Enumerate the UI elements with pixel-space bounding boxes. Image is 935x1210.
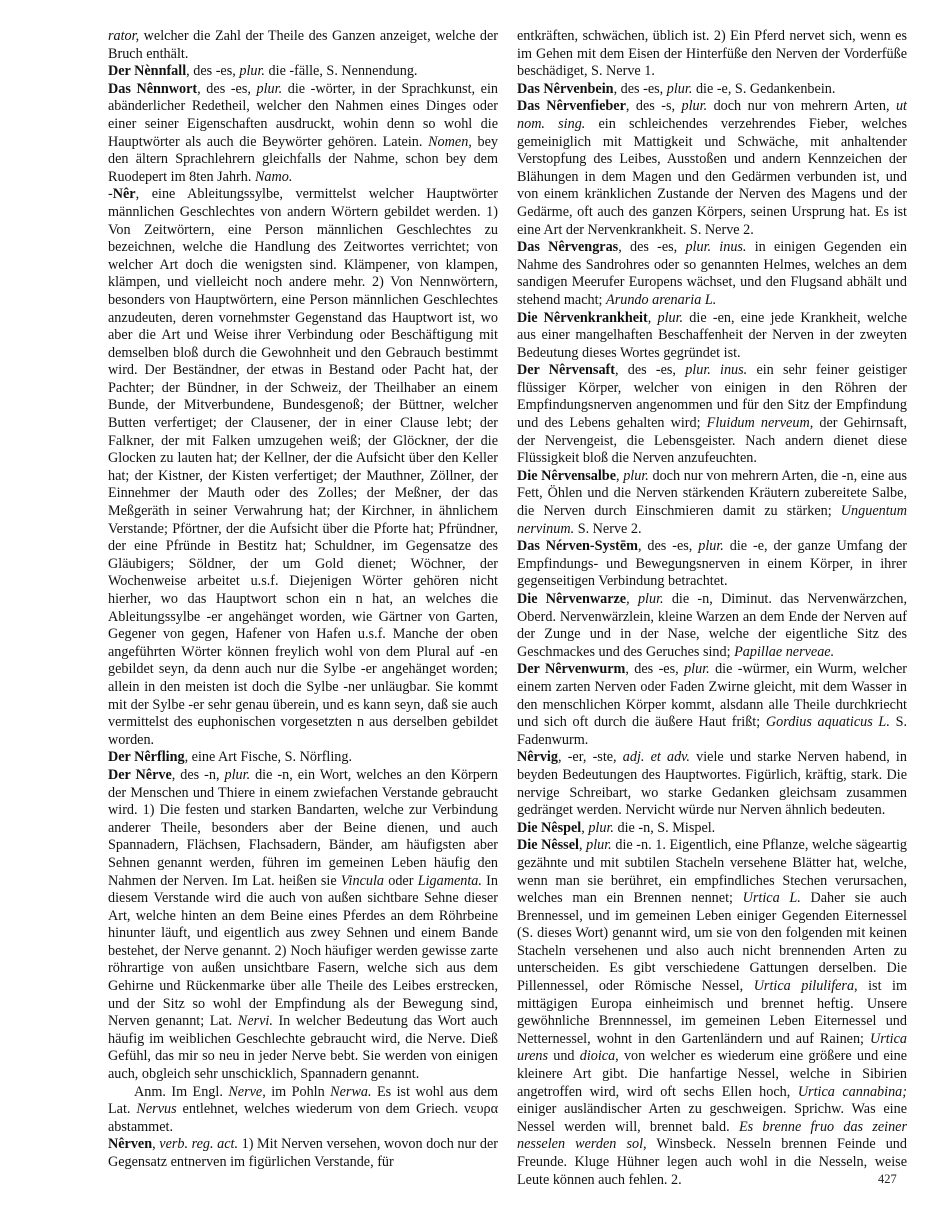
dictionary-entry: Das Nérven-Systēm, des -es, plur. die -e… (517, 538, 907, 591)
entry-text: ein schleichendes verzehrendes Fieber, w… (517, 116, 907, 238)
italic-term: plur. (657, 310, 683, 326)
entry-text: die -n, S. Mispel. (614, 820, 715, 836)
entry-text: , -er, -ste, (558, 749, 623, 765)
entry-text: doch nur von mehrern Arten, (707, 98, 896, 114)
italic-term: plur. (588, 820, 614, 836)
italic-term: Nerwa. (330, 1084, 371, 1100)
italic-term: plur. (623, 468, 649, 484)
italic-term: Nervus (136, 1101, 176, 1117)
headword: Nêr (113, 186, 136, 202)
italic-term: plur. inus. (685, 239, 746, 255)
entry-text: , eine Ableitungssylbe, vermittelst welc… (108, 186, 498, 747)
italic-term: plur. (682, 98, 708, 114)
headword: Nêrven (108, 1136, 152, 1152)
dictionary-entry: Das Nêrvenbein, des -es, plur. die -e, S… (517, 81, 907, 99)
headword: Der Nêrvensaft (517, 362, 615, 378)
entry-text: , des -es, (186, 63, 239, 79)
entry-text: die -e, S. Gedankenbein. (692, 81, 835, 97)
italic-term: Vincula (341, 873, 384, 889)
headword: Der Nêrvenwurm (517, 661, 625, 677)
dictionary-entry: Nêrven, verb. reg. act. 1) Mit Nerven ve… (108, 1136, 498, 1171)
headword: Der Nènnfall (108, 63, 186, 79)
headword: Das Nêrvenbein (517, 81, 614, 97)
italic-term: Urtica L. (743, 890, 801, 906)
headword: Die Nêssel (517, 837, 579, 853)
entry-text: die -n, ein Wort, welches an den Körpern… (108, 767, 498, 889)
headword: Die Nêspel (517, 820, 581, 836)
entry-text: , des -es, (197, 81, 256, 97)
entry-text: , eine Art Fische, S. Nörfling. (185, 749, 352, 765)
headword: Nêrvig (517, 749, 558, 765)
italic-term: Fluidum nerveum, (707, 415, 814, 431)
italic-term: verb. reg. act. (159, 1136, 238, 1152)
dictionary-entry: Das Nêrvenfieber, des -s, plur. doch nur… (517, 98, 907, 239)
italic-term: rator, (108, 28, 139, 44)
headword: Das Nênnwort (108, 81, 197, 97)
italic-term: plur. (257, 81, 283, 97)
entry-text: welcher die Zahl der Theile des Ganzen a… (108, 28, 498, 62)
entry-text: , des -es, (618, 239, 685, 255)
italic-term: plur. (638, 591, 664, 607)
italic-term: plur. (684, 661, 710, 677)
entry-text: im Pohln (266, 1084, 330, 1100)
headword: Der Nêrve (108, 767, 172, 783)
left-column: rator, welcher die Zahl der Theile des G… (108, 28, 498, 1172)
entry-text: und (548, 1048, 580, 1064)
dictionary-entry: Die Nêssel, plur. die -n. 1. Eigentlich,… (517, 837, 907, 1189)
italic-term: plur. (225, 767, 251, 783)
dictionary-entry: Die Nêrvenwarze, plur. die -n, Diminut. … (517, 591, 907, 661)
headword: Der Nêrfling (108, 749, 185, 765)
italic-term: plur. inus. (685, 362, 747, 378)
italic-term: Papillae nerveae. (734, 644, 834, 660)
dictionary-entry: -Nêr, eine Ableitungssylbe, vermittelst … (108, 186, 498, 749)
entry-text: , des -es, (625, 661, 684, 677)
headword: Das Nêrvenfieber (517, 98, 626, 114)
headword: Die Nêrvenwarze (517, 591, 626, 607)
italic-term: Urtica cannabina; (798, 1084, 907, 1100)
italic-term: dioica, (580, 1048, 619, 1064)
right-column: entkräften, schwächen, üblich ist. 2) Ei… (517, 28, 907, 1189)
dictionary-entry: entkräften, schwächen, üblich ist. 2) Ei… (517, 28, 907, 81)
entry-text: , (626, 591, 638, 607)
entry-text: , des -es, (615, 362, 685, 378)
italic-term: plur. (239, 63, 265, 79)
dictionary-entry: Das Nênnwort, des -es, plur. die -wörter… (108, 81, 498, 187)
dictionary-entry: Der Nêrvenwurm, des -es, plur. die -würm… (517, 661, 907, 749)
dictionary-entry: Die Nêrvensalbe, plur. doch nur von mehr… (517, 468, 907, 538)
headword: Die Nêrvensalbe (517, 468, 616, 484)
italic-term: Nervi. (238, 1013, 273, 1029)
entry-text: Anm. Im Engl. (134, 1084, 228, 1100)
italic-term: plur. (667, 81, 693, 97)
italic-term: Gordius aquaticus L. (766, 714, 890, 730)
entry-text: , des -es, (614, 81, 667, 97)
dictionary-entry: Der Nêrvensaft, des -es, plur. inus. ein… (517, 362, 907, 468)
entry-text: entkräften, schwächen, üblich ist. 2) Ei… (517, 28, 907, 79)
italic-term: Nomen, (428, 134, 472, 150)
italic-term: Ligamenta. (418, 873, 482, 889)
headword: Das Nérven-Systēm (517, 538, 638, 554)
entry-text: oder (384, 873, 418, 889)
dictionary-entry: rator, welcher die Zahl der Theile des G… (108, 28, 498, 63)
italic-term: Nerve, (228, 1084, 265, 1100)
dictionary-entry: Nêrvig, -er, -ste, adj. et adv. viele un… (517, 749, 907, 819)
italic-term: Urtica pilulifera, (754, 978, 858, 994)
dictionary-entry: Die Nêrvenkrankheit, plur. die -en, eine… (517, 310, 907, 363)
entry-text: S. Nerve 2. (574, 521, 641, 537)
headword: Das Nêrvengras (517, 239, 618, 255)
page-number: 427 (878, 1172, 897, 1187)
entry-text: , des -n, (172, 767, 225, 783)
dictionary-entry: Der Nêrve, des -n, plur. die -n, ein Wor… (108, 767, 498, 1084)
entry-text: die -fälle, S. Nennendung. (265, 63, 417, 79)
entry-text: , des -es, (638, 538, 698, 554)
dictionary-entry: Die Nêspel, plur. die -n, S. Mispel. (517, 820, 907, 838)
dictionary-entry: Der Nènnfall, des -es, plur. die -fälle,… (108, 63, 498, 81)
italic-term: plur. (698, 538, 724, 554)
headword: Die Nêrvenkrankheit (517, 310, 648, 326)
italic-term: adj. et adv. (623, 749, 690, 765)
dictionary-entry: Das Nêrvengras, des -es, plur. inus. in … (517, 239, 907, 309)
entry-text: , des -s, (626, 98, 682, 114)
entry-text: In diesem Verstande wird die auch von au… (108, 873, 498, 1030)
italic-term: Arundo arenaria L. (606, 292, 716, 308)
italic-term: Namo. (255, 169, 292, 185)
italic-term: plur. (586, 837, 612, 853)
annotation-note: Anm. Im Engl. Nerve, im Pohln Nerwa. Es … (108, 1084, 498, 1137)
dictionary-entry: Der Nêrfling, eine Art Fische, S. Nörfli… (108, 749, 498, 767)
